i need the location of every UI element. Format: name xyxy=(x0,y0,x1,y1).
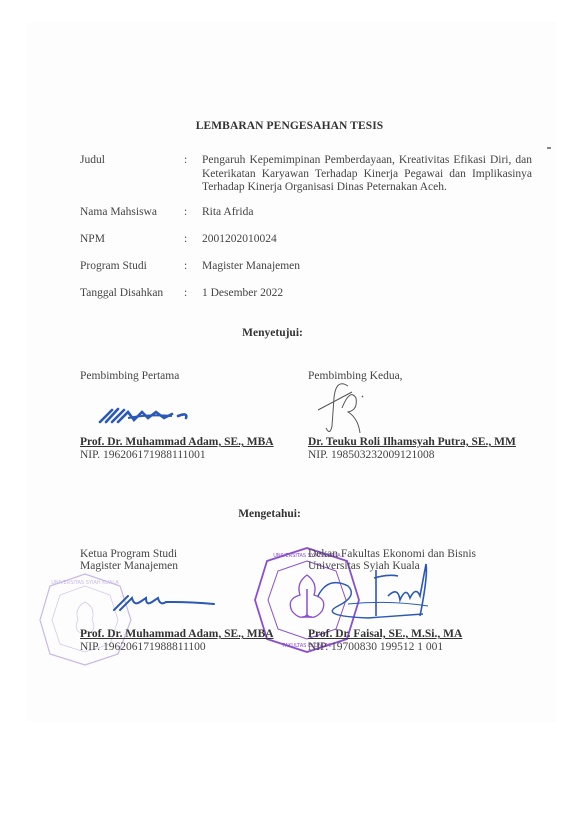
first-supervisor-role: Pembimbing Pertama xyxy=(80,370,179,383)
svg-text:UNIVERSITAS SYIAH KUALA: UNIVERSITAS SYIAH KUALA xyxy=(51,580,119,586)
field-value-npm: 2001202010024 xyxy=(202,233,277,245)
signature-dekan xyxy=(308,556,438,636)
signature-first-supervisor xyxy=(98,404,198,426)
acknowledgement-heading: Mengetahui: xyxy=(22,508,517,520)
signature-ketua-program-studi xyxy=(112,592,217,614)
second-supervisor-nip: NIP. 198503232009121008 xyxy=(308,449,435,461)
field-value-tanggal: 1 Desember 2022 xyxy=(202,287,283,299)
right-ack-name: Prof. Dr. Faisal, SE., M.Si., MA xyxy=(308,628,462,640)
signature-second-supervisor xyxy=(318,378,378,438)
document-title: LEMBARAN PENGESAHAN TESIS xyxy=(0,120,579,132)
field-value-nama: Rita Afrida xyxy=(202,206,253,218)
field-separator: : xyxy=(184,233,187,245)
field-separator: : xyxy=(184,260,187,272)
field-value-judul: Pengaruh Kepemimpinan Pemberdayaan, Krea… xyxy=(202,154,532,195)
field-separator: : xyxy=(184,206,187,218)
scan-speck xyxy=(547,147,551,149)
field-label-program-studi: Program Studi xyxy=(80,260,147,272)
left-ack-name: Prof. Dr. Muhammad Adam, SE., MBA xyxy=(80,628,274,640)
approval-heading: Menyetujui: xyxy=(25,327,520,339)
left-role-line1: Ketua Program Studi xyxy=(80,548,177,561)
field-label-tanggal: Tanggal Disahkan xyxy=(80,287,163,299)
field-separator: : xyxy=(184,287,187,299)
field-label-judul: Judul xyxy=(80,154,105,166)
first-supervisor-name: Prof. Dr. Muhammad Adam, SE., MBA xyxy=(80,436,274,448)
right-ack-nip: NIP. 19700830 199512 1 001 xyxy=(308,641,443,653)
field-separator: : xyxy=(184,154,187,166)
left-role-line2: Magister Manajemen xyxy=(80,560,178,573)
field-label-nama: Nama Mahsiswa xyxy=(80,206,157,218)
field-label-npm: NPM xyxy=(80,233,105,245)
first-supervisor-nip: NIP. 196206171988111001 xyxy=(80,449,206,461)
left-ack-nip: NIP. 196206171988811100 xyxy=(80,641,206,653)
second-supervisor-name: Dr. Teuku Roli Ilhamsyah Putra, SE., MM xyxy=(308,436,516,448)
field-value-program-studi: Magister Manajemen xyxy=(202,260,300,272)
